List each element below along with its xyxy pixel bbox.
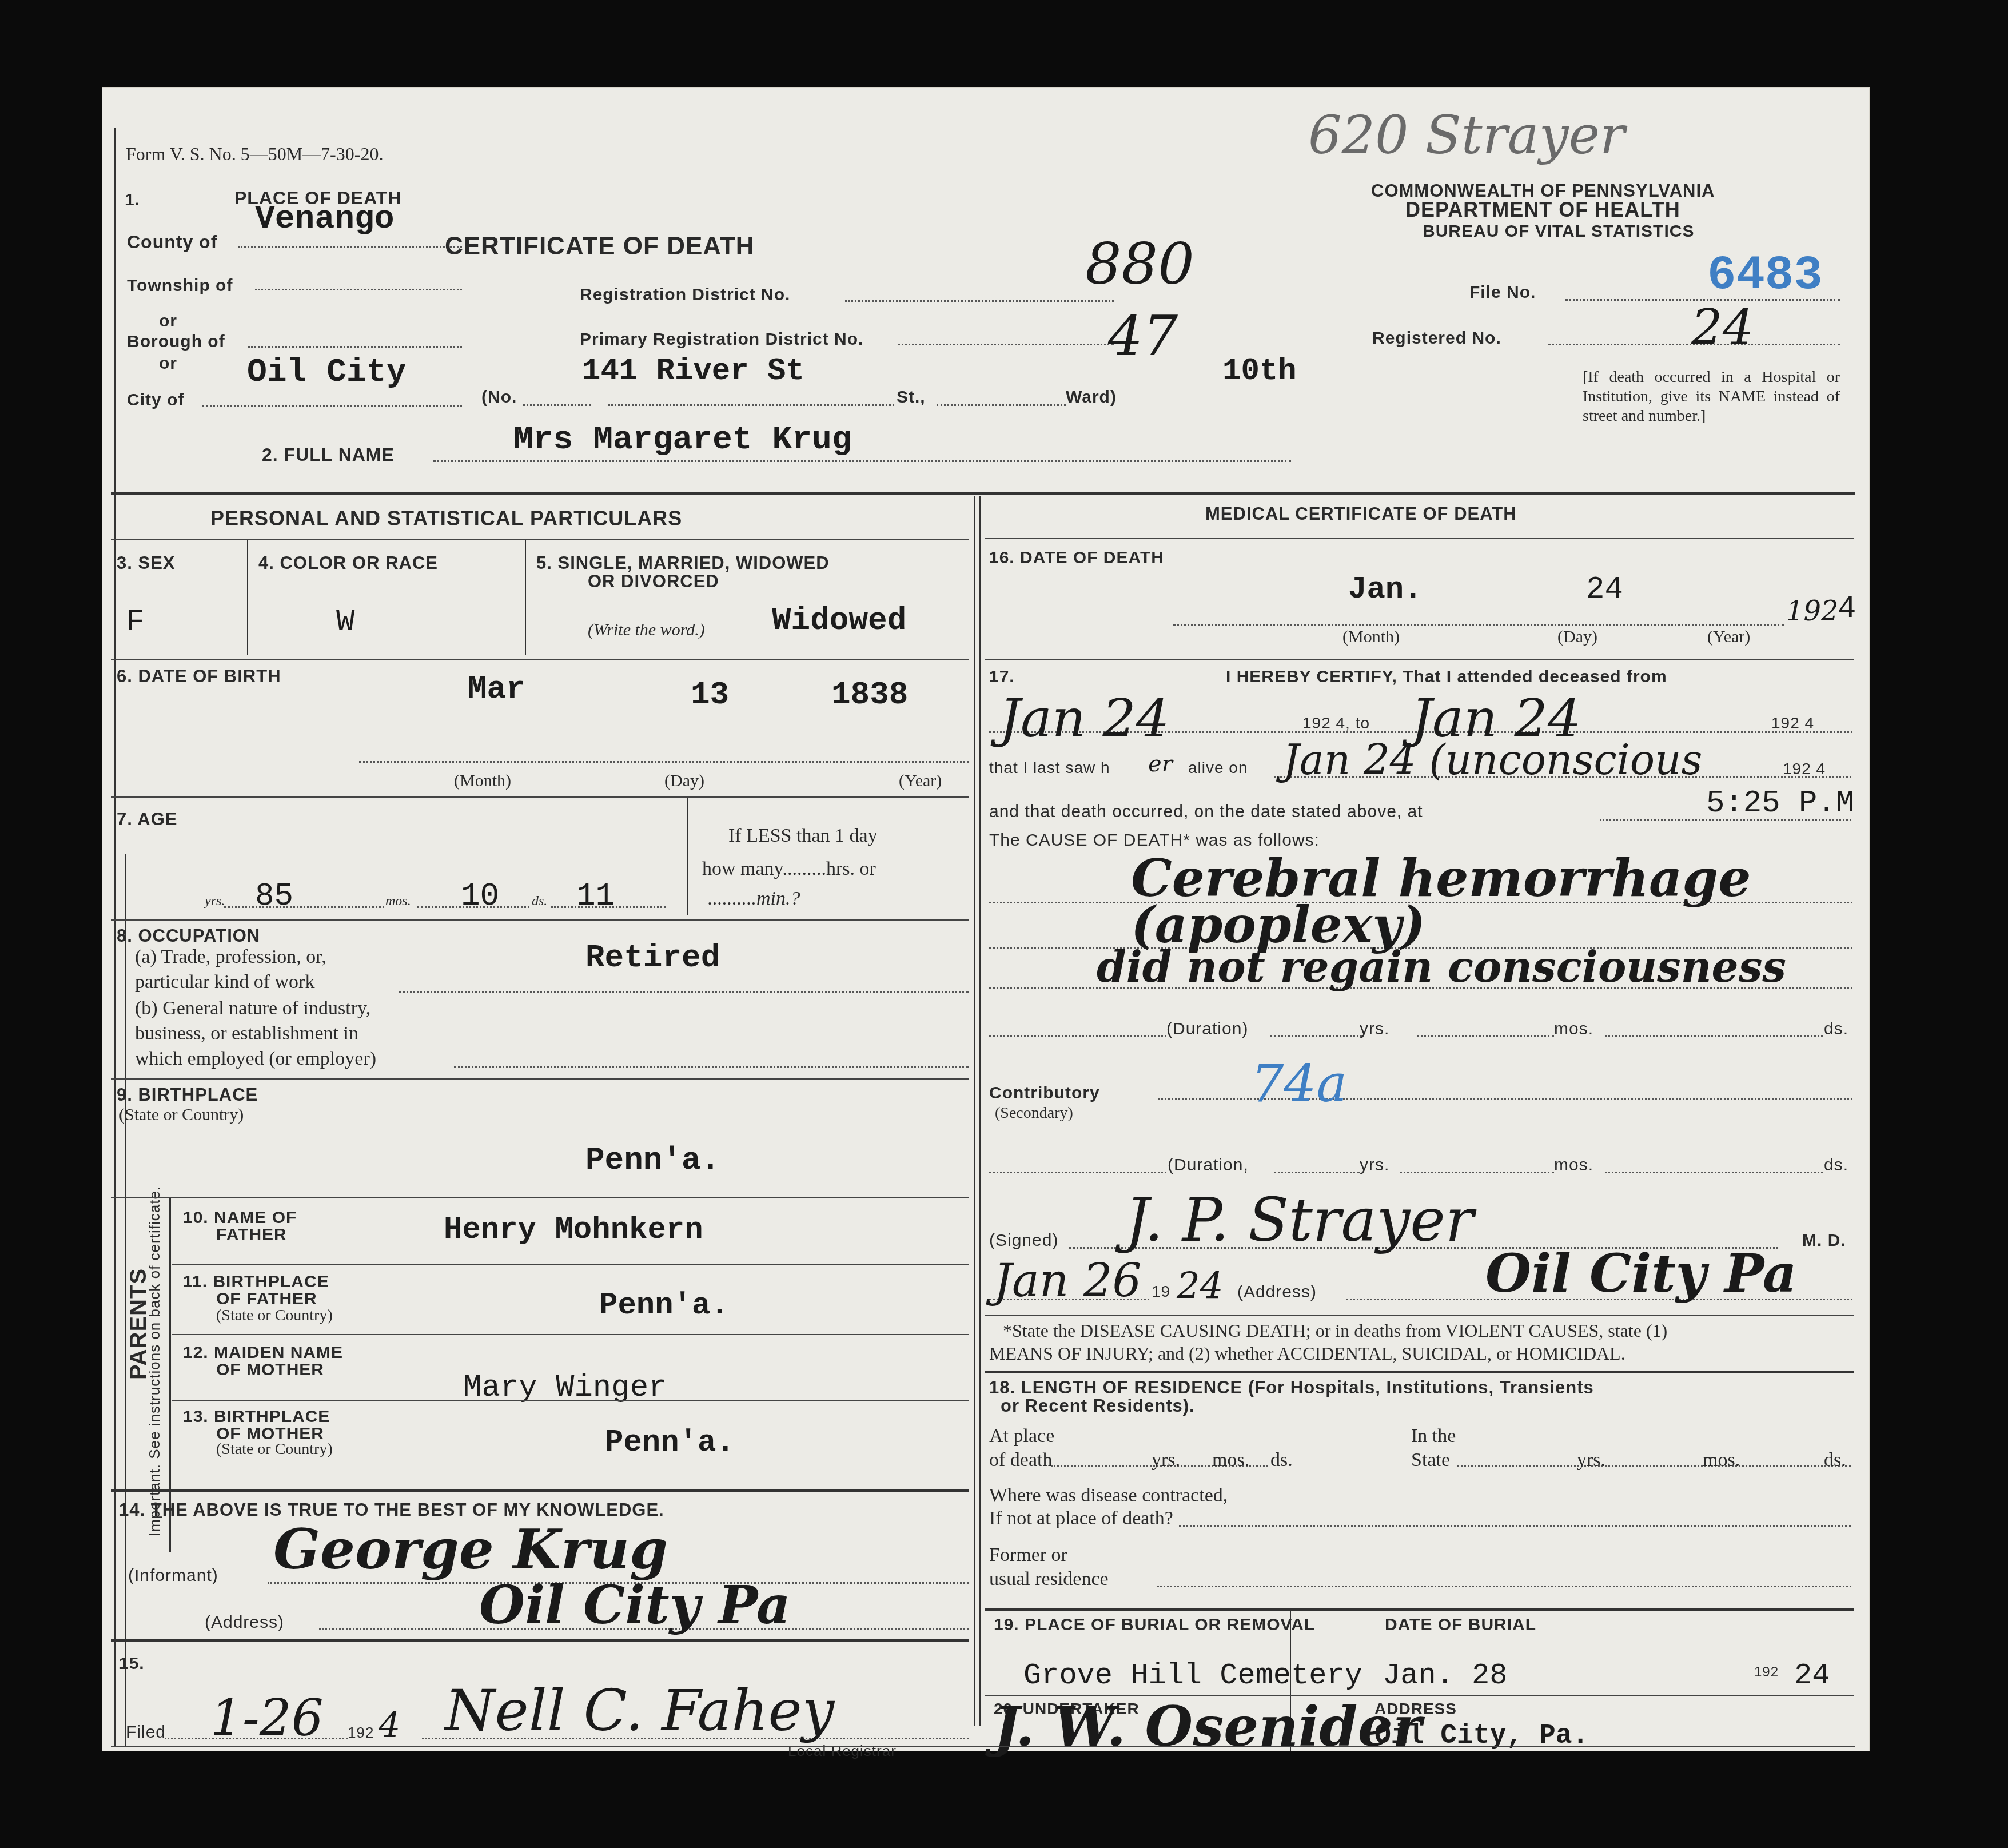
sex-label: 3. SEX [117,553,176,573]
parents-label: PARENTS [126,1267,152,1381]
attended-from-year: 192 4, to [1302,714,1370,732]
occupation-value: Retired [585,939,720,976]
filed-year-suffix: 4 [379,1706,400,1746]
file-no-label: File No. [1469,283,1536,302]
race-value: W [336,605,354,640]
signed-date: Jan 26 [994,1254,1142,1307]
rule [111,539,969,540]
in-state-yrs: yrs. [1577,1449,1605,1471]
dob-line [359,761,969,763]
borough-label: Borough of [127,332,225,352]
center-divider-2 [979,496,981,1726]
dob-day: 13 [691,676,729,713]
section-1-number: 1. [125,190,140,210]
or-2: or [159,354,177,373]
rule [111,1197,969,1198]
former-res-1: Former or [989,1544,1067,1566]
vrule [525,540,526,655]
certify-text: I HEREBY CERTIFY, That I attended deceas… [1226,667,1667,687]
where-contracted-2: If not at place of death? [989,1508,1173,1530]
dob-month-caption: (Month) [454,771,511,791]
dob-month: Mar [468,671,525,707]
registrar-label: Local Registrar [788,1742,897,1760]
father-label-1: 10. NAME OF [183,1208,297,1228]
at-place-yrs: yrs. [1152,1449,1180,1471]
filed-date-value: 1-26 [210,1688,324,1747]
burial-place-label: 19. PLACE OF BURIAL OR REMOVAL [994,1615,1315,1635]
death-time-label: and that death occurred, on the date sta… [989,802,1423,822]
registered-no-value: 24 [1691,299,1754,356]
filed-year-prefix: 192 [348,1724,374,1742]
section-divider-top [111,492,1855,495]
filed-label: Filed [126,1723,166,1742]
mother-bp-hint: (State or Country) [216,1440,333,1459]
rule [985,1608,1854,1611]
marital-label-2: OR DIVORCED [588,571,719,592]
footnote-line-1: *State the DISEASE CAUSING DEATH; or in … [1003,1320,1667,1341]
city-line [202,405,462,407]
rule [985,659,1854,660]
occupation-b-2: business, or establishment in [135,1023,358,1045]
attended-to-year: 192 4 [1771,714,1814,732]
occupation-b-1: (b) General nature of industry, [135,998,370,1019]
residence-label-2: or Recent Residents). [1001,1396,1195,1416]
street-no-label: (No. [481,388,517,407]
dod-month-caption: (Month) [1342,627,1400,647]
dod-month: Jan. [1348,572,1423,607]
registrar-signature: Nell C. Fahey [445,1677,834,1744]
burial-place-value: Grove Hill Cemetery [1023,1659,1362,1692]
duration-line [989,1035,1166,1037]
death-time-value: 5:25 P.M [1706,786,1854,821]
undertaker-address-label: ADDRESS [1374,1700,1457,1718]
borough-line [248,346,462,348]
dob-year: 1838 [831,676,908,713]
form-number: Form V. S. No. 5—50M—7-30-20. [126,144,383,165]
contributory-label: Contributory [989,1084,1100,1103]
agency-line-2: DEPARTMENT OF HEALTH [1405,198,1680,222]
age-yrs-line [224,906,384,908]
dod-day-caption: (Day) [1557,627,1597,647]
contributory-hint: (Secondary) [995,1104,1073,1122]
or-1: or [159,312,177,331]
age-mos-label: mos. [385,894,411,909]
pencil-note: 620 Strayer [1308,105,1625,166]
cause-label: The CAUSE OF DEATH* was as follows: [989,831,1320,850]
dob-day-caption: (Day) [664,771,704,791]
county-value: Venango [255,201,395,238]
last-saw-pronoun: er [1148,751,1173,777]
rule [111,796,969,798]
county-label: County of [127,232,217,253]
occupation-a-2: particular kind of work [135,971,314,993]
less-than-day-2: how many.........hrs. or [702,858,876,880]
burial-year-suffix: 24 [1794,1659,1830,1692]
duration2-ds-line [1605,1172,1823,1173]
duration-mos-label: mos. [1554,1019,1593,1039]
birthplace-hint: (State or Country) [119,1105,244,1125]
informant-signature: George Krug [273,1517,668,1582]
in-state-1: In the [1411,1425,1456,1447]
race-label: 4. COLOR OR RACE [258,553,438,573]
primary-district-value: 47 [1108,304,1178,368]
mother-bp-label-1: 13. BIRTHPLACE [183,1407,330,1427]
occupation-a-1: (a) Trade, profession, or, [135,946,326,968]
signed-year-prefix: 19 [1152,1283,1170,1301]
dod-label: 16. DATE OF DEATH [989,548,1164,568]
md-label: M. D. [1802,1231,1846,1250]
duration2-label: (Duration, [1168,1156,1249,1175]
marital-value: Widowed [772,602,906,639]
street-line [608,404,894,406]
duration-yrs-label: yrs. [1360,1019,1389,1039]
age-years-value: 85 [255,878,293,914]
street-value: 141 River St [582,354,804,389]
burial-date-label: DATE OF BURIAL [1385,1615,1536,1635]
rule [172,1400,969,1401]
registration-district-line [845,300,1114,302]
former-res-2: usual residence [989,1568,1109,1590]
dob-year-caption: (Year) [899,771,942,791]
footnote-line-2: MEANS OF INJURY; and (2) whether ACCIDEN… [989,1343,1625,1364]
rule [172,1264,969,1265]
occupation-b-3: which employed (or employer) [135,1048,376,1070]
attended-from: Jan 24 [999,688,1169,749]
father-label-2: FATHER [216,1225,287,1245]
burial-date-value: Jan. 28 [1383,1659,1507,1692]
hospital-note: [If death occurred in a Hospital or Inst… [1583,368,1840,426]
alive-on-year: 192 4 [1783,760,1826,778]
vrule [687,798,688,915]
contributory-blue-mark: 74a [1251,1054,1347,1114]
rule [111,659,969,660]
former-res-line [1157,1586,1851,1587]
vrule [247,540,248,655]
father-name-value: Henry Mohnkern [444,1213,703,1248]
at-place-ds: ds. [1270,1449,1293,1471]
signed-label: (Signed) [989,1231,1058,1250]
rule [985,1371,1854,1373]
township-label: Township of [127,276,233,296]
dob-label: 6. DATE OF BIRTH [117,666,281,687]
undertaker-signature: J. W. Osenider [994,1694,1421,1759]
at-place-2: of death [989,1449,1052,1471]
city-value: Oil City [247,354,406,391]
rule [111,919,969,921]
rule [111,1078,969,1080]
physician-signature: J. P. Strayer [1125,1185,1474,1255]
duration2-mos-label: mos. [1554,1156,1593,1175]
alive-on-label: alive on [1188,759,1248,777]
rule [111,1489,969,1492]
signed-year-suffix: 24 [1177,1265,1223,1308]
less-than-day-1: If LESS than 1 day [728,825,878,847]
age-yrs-label: yrs. [205,894,225,909]
birthplace-label: 9. BIRTHPLACE [117,1085,258,1105]
where-contracted-1: Where was disease contracted, [989,1485,1228,1507]
in-state-mos: mos. [1703,1449,1740,1471]
medical-heading: MEDICAL CERTIFICATE OF DEATH [1205,504,1517,524]
duration-yrs-line [1270,1035,1362,1037]
duration2-yrs-label: yrs. [1360,1156,1389,1175]
personal-heading: PERSONAL AND STATISTICAL PARTICULARS [210,507,682,531]
dod-year-suffix: 4 [1838,592,1856,627]
mother-birthplace-value: Penn'a. [605,1425,735,1460]
mother-label-2: OF MOTHER [216,1360,324,1380]
death-certificate-paper: Important. See instructions on back of c… [102,87,1870,1751]
city-label: City of [127,391,184,410]
ward-value: 10th [1222,354,1297,389]
duration-ds-line [1605,1035,1823,1037]
burial-year-prefix: 192 [1754,1664,1779,1680]
occupation-label: 8. OCCUPATION [117,926,260,946]
primary-district-label: Primary Registration District No. [580,330,863,349]
full-name-label: 2. FULL NAME [262,444,395,465]
at-place-mos: mos. [1212,1449,1249,1471]
certify-number: 17. [989,667,1015,687]
occupation-a-line [399,991,969,993]
informant-address-label: (Address) [205,1613,284,1632]
marital-label-1: 5. SINGLE, MARRIED, WIDOWED [536,553,830,573]
informant-address-value: Oil City Pa [479,1574,791,1636]
occupation-b-line [454,1066,969,1068]
mother-label-1: 12. MAIDEN NAME [183,1343,343,1363]
in-state-ds: ds. [1824,1449,1846,1471]
parents-divider [169,1198,171,1552]
father-bp-hint: (State or Country) [216,1307,333,1325]
father-bp-label-1: 11. BIRTHPLACE [183,1272,329,1292]
certificate-title: CERTIFICATE OF DEATH [445,232,754,261]
sex-value: F [126,605,144,640]
dod-year-caption: (Year) [1707,627,1750,647]
dod-line [1173,624,1784,626]
in-state-line [1457,1465,1851,1467]
birthplace-value: Penn'a. [585,1142,720,1178]
informant-label: (Informant) [128,1566,218,1586]
left-border [114,128,116,1746]
street-no-line [523,404,591,406]
alive-on-value: Jan 24 (unconscious [1283,736,1702,784]
last-saw-label: that I last saw h [989,759,1110,777]
duration2-ds-label: ds. [1824,1156,1848,1175]
full-name-value: Mrs Margaret Krug [513,421,852,459]
duration-mos-line [1417,1035,1554,1037]
rule [985,1315,1854,1316]
ward-label: Ward) [1066,388,1117,407]
full-name-line [433,460,1291,462]
primary-district-line [898,344,1114,345]
registered-no-label: Registered No. [1372,329,1501,348]
age-months-value: 10 [461,878,499,914]
residence-label-1: 18. LENGTH OF RESIDENCE (For Hospitals, … [989,1377,1594,1398]
agency-line-3: BUREAU OF VITAL STATISTICS [1423,222,1694,241]
township-line [255,289,462,290]
physician-address-label: (Address) [1237,1283,1317,1302]
file-no-stamp: 6483 [1707,249,1823,303]
at-place-1: At place [989,1425,1054,1447]
street-st-label: St., [897,388,926,407]
rule [172,1334,969,1335]
physician-address-value: Oil City Pa [1485,1242,1797,1304]
duration2-yrs-line [1274,1172,1360,1173]
in-state-2: State [1411,1449,1450,1471]
filed-number: 15. [119,1654,145,1674]
less-than-day-3: ..........min.? [708,888,800,910]
duration2-mos-line [1400,1172,1554,1173]
duration-ds-label: ds. [1824,1019,1848,1039]
duration2-line [989,1172,1166,1173]
father-bp-label-2: OF FATHER [216,1289,317,1309]
rule [111,1639,969,1642]
cause-value-3: did not regain consciousness [1097,943,1786,992]
dod-day: 24 [1586,572,1623,607]
age-ds-label: ds. [532,894,547,909]
father-birthplace-value: Penn'a. [599,1288,729,1323]
age-label: 7. AGE [117,809,178,830]
county-line [238,246,462,248]
bottom-rule [111,1746,1855,1747]
duration-label: (Duration) [1166,1019,1248,1039]
center-divider [974,496,975,1726]
marital-hint: (Write the word.) [588,620,705,640]
ward-line [937,404,1066,406]
rule [985,538,1854,539]
registration-district-label: Registration District No. [580,285,790,305]
registration-district-value: 880 [1085,230,1194,297]
age-days-value: 11 [576,878,615,914]
dod-year-prefix: 192 [1786,595,1839,627]
where-contracted-line [1179,1525,1851,1527]
